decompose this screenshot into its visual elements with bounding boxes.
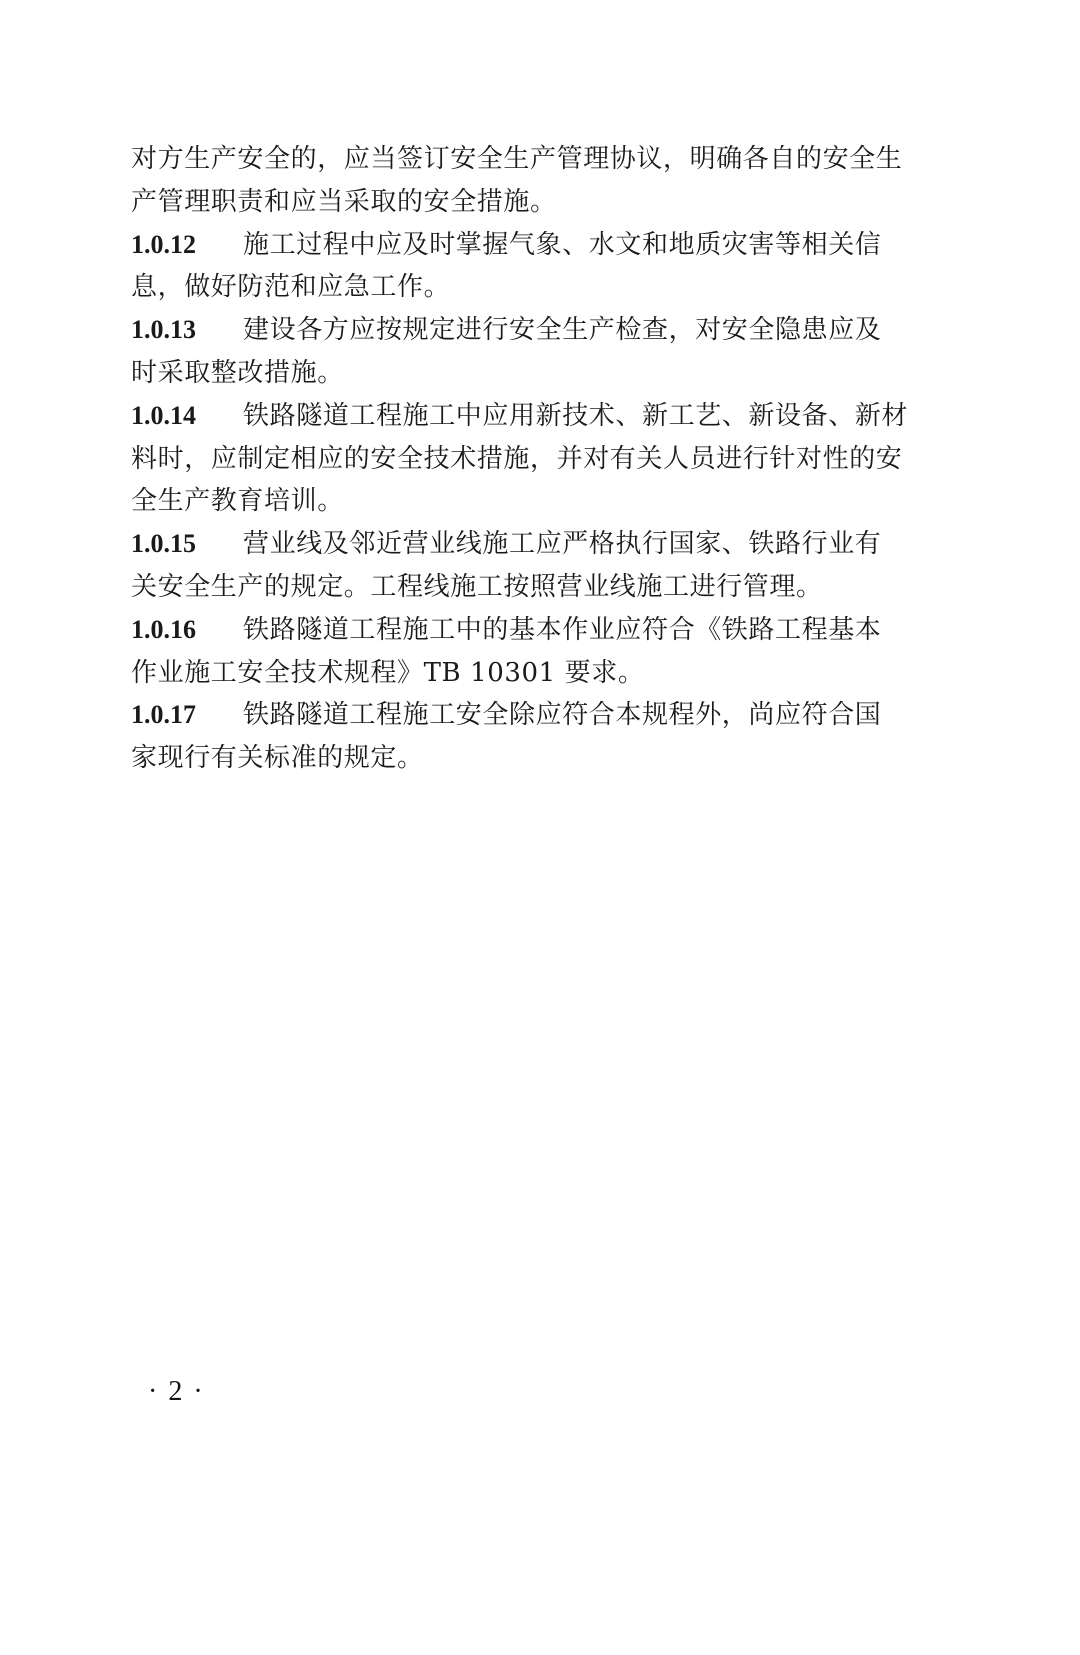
clause-text: 营业线及邻近营业线施工应严格执行国家、铁路行业有 (243, 523, 931, 566)
clause-number: 1.0.12 (131, 224, 243, 267)
clause-number: 1.0.17 (131, 694, 243, 737)
clause-text: 息，做好防范和应急工作。 (131, 266, 450, 309)
text-line: 息，做好防范和应急工作。 (131, 266, 931, 309)
text-line: 全生产教育培训。 (131, 480, 931, 523)
clause-1-0-15: 1.0.15 营业线及邻近营业线施工应严格执行国家、铁路行业有 (131, 523, 931, 566)
clause-1-0-17: 1.0.17 铁路隧道工程施工安全除应符合本规程外，尚应符合国 (131, 694, 931, 737)
text-line: 料时，应制定相应的安全技术措施，并对有关人员进行针对性的安 (131, 438, 931, 481)
clause-text: 关安全生产的规定。工程线施工按照营业线施工进行管理。 (131, 566, 823, 609)
clause-number: 1.0.16 (131, 609, 243, 652)
text-line: 关安全生产的规定。工程线施工按照营业线施工进行管理。 (131, 566, 931, 609)
paragraph-text: 对方生产安全的，应当签订安全生产管理协议，明确各自的安全生 (131, 138, 902, 181)
paragraph-text: 产管理职责和应当采取的安全措施。 (131, 181, 557, 224)
clause-1-0-13: 1.0.13 建设各方应按规定进行安全生产检查，对安全隐患应及 (131, 309, 931, 352)
clause-text: 铁路隧道工程施工中的基本作业应符合《铁路工程基本 (243, 609, 931, 652)
clause-number: 1.0.15 (131, 523, 243, 566)
text-line: 家现行有关标准的规定。 (131, 737, 931, 780)
text-line: 时采取整改措施。 (131, 352, 931, 395)
text-line: 对方生产安全的，应当签订安全生产管理协议，明确各自的安全生 (131, 138, 931, 181)
document-page: 对方生产安全的，应当签订安全生产管理协议，明确各自的安全生 产管理职责和应当采取… (0, 0, 1080, 1655)
clause-text: 全生产教育培训。 (131, 480, 344, 523)
clause-number: 1.0.13 (131, 309, 243, 352)
text-line: 作业施工安全技术规程》TB 10301 要求。 (131, 652, 931, 695)
clause-text: 施工过程中应及时掌握气象、水文和地质灾害等相关信 (243, 224, 931, 267)
clause-text: 建设各方应按规定进行安全生产检查，对安全隐患应及 (243, 309, 931, 352)
clause-text: 铁路隧道工程施工中应用新技术、新工艺、新设备、新材 (243, 395, 931, 438)
clause-1-0-12: 1.0.12 施工过程中应及时掌握气象、水文和地质灾害等相关信 (131, 224, 931, 267)
clause-text: 时采取整改措施。 (131, 352, 344, 395)
clause-1-0-16: 1.0.16 铁路隧道工程施工中的基本作业应符合《铁路工程基本 (131, 609, 931, 652)
clause-text: 家现行有关标准的规定。 (131, 737, 424, 780)
text-line: 产管理职责和应当采取的安全措施。 (131, 181, 931, 224)
clause-1-0-14: 1.0.14 铁路隧道工程施工中应用新技术、新工艺、新设备、新材 (131, 395, 931, 438)
clause-text: 作业施工安全技术规程》TB 10301 要求。 (131, 652, 645, 695)
document-body: 对方生产安全的，应当签订安全生产管理协议，明确各自的安全生 产管理职责和应当采取… (131, 138, 931, 780)
page-number: · 2 · (148, 1372, 205, 1412)
clause-text: 料时，应制定相应的安全技术措施，并对有关人员进行针对性的安 (131, 438, 902, 481)
clause-number: 1.0.14 (131, 395, 243, 438)
clause-text: 铁路隧道工程施工安全除应符合本规程外，尚应符合国 (243, 694, 931, 737)
